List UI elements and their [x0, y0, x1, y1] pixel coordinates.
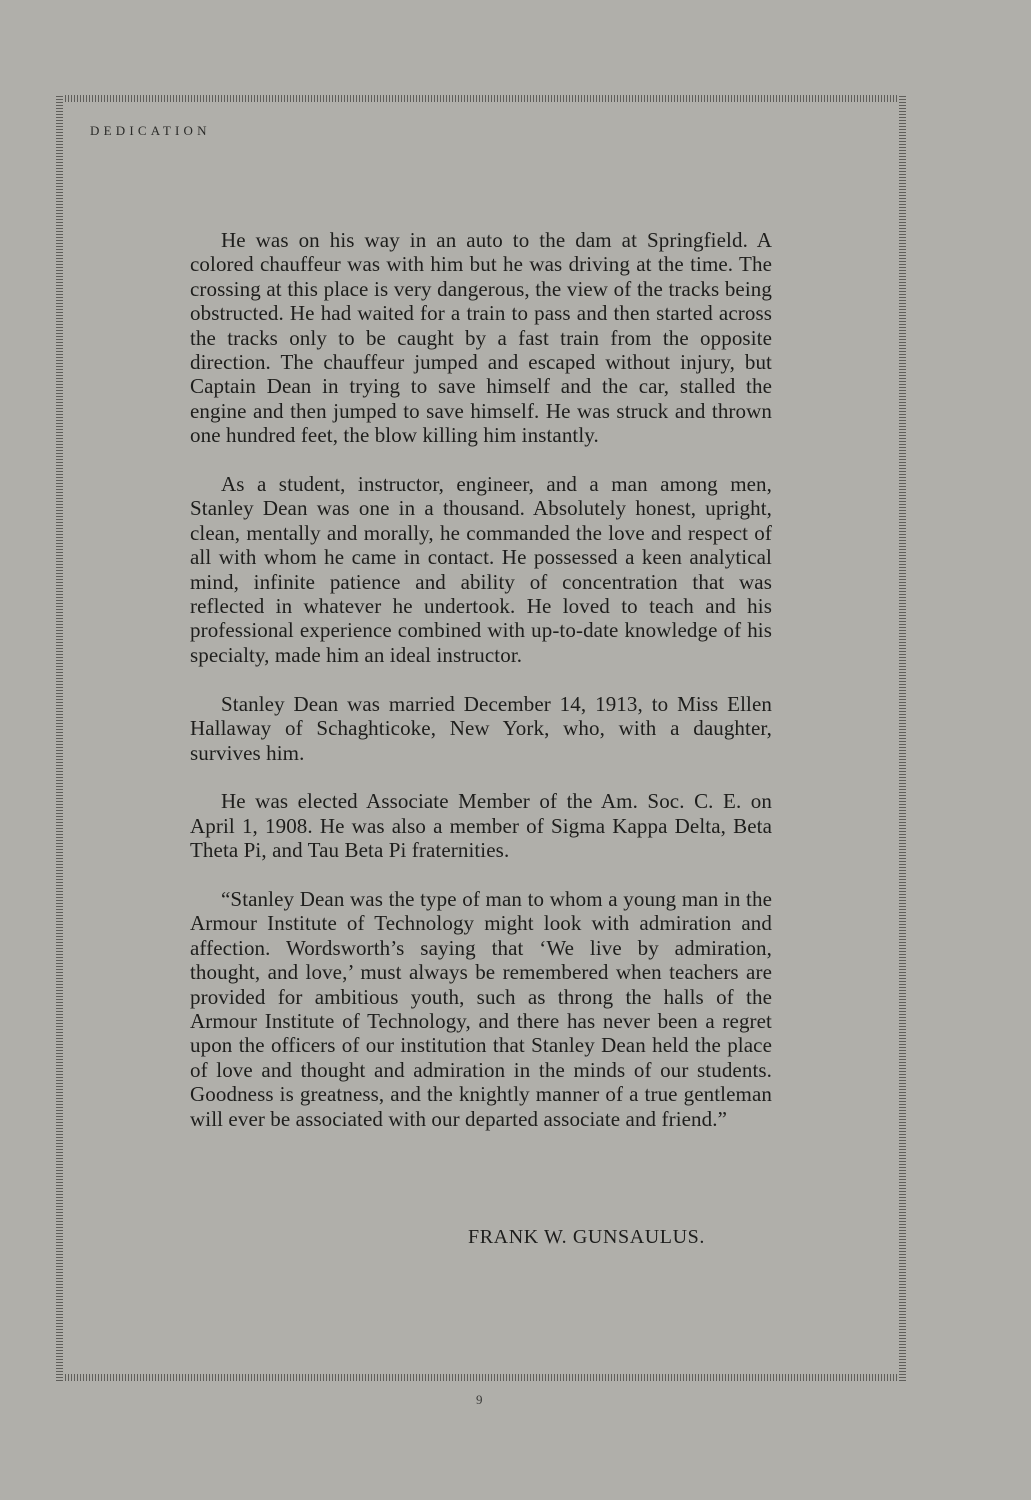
paragraph-quotation: “Stanley Dean was the type of man to who…	[190, 887, 772, 1131]
border-left	[56, 95, 63, 1381]
paragraph-marriage: Stanley Dean was married December 14, 19…	[190, 692, 772, 765]
border-right	[899, 95, 906, 1381]
signature: FRANK W. GUNSAULUS.	[468, 1226, 705, 1249]
border-bottom	[56, 1374, 906, 1381]
paragraph-accident: He was on his way in an auto to the dam …	[190, 228, 772, 448]
running-head: DEDICATION	[90, 123, 211, 139]
paragraph-character: As a student, instructor, engineer, and …	[190, 472, 772, 667]
border-top	[56, 95, 906, 102]
body-text: He was on his way in an auto to the dam …	[190, 228, 772, 1155]
page-number: 9	[476, 1392, 483, 1408]
paragraph-memberships: He was elected Associate Member of the A…	[190, 789, 772, 862]
